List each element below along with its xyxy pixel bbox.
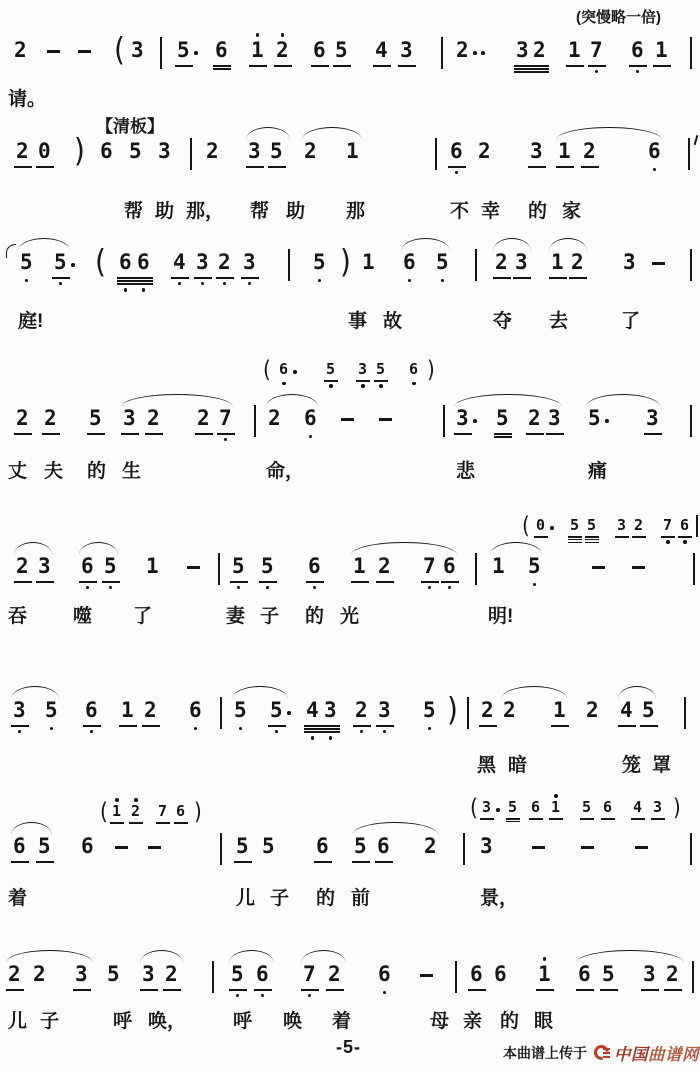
- note-digit: 2: [206, 141, 219, 162]
- note-digit: 6: [189, 700, 202, 721]
- duration-underline: [454, 433, 472, 435]
- octave-dot-below: [275, 730, 279, 734]
- note-digit: 5: [528, 556, 541, 577]
- note-digit: 5: [262, 836, 275, 857]
- note-digit: 5: [89, 408, 102, 429]
- duration-underline: [576, 989, 594, 991]
- slur-arc: [232, 686, 288, 699]
- note-digit: 2: [16, 141, 29, 162]
- augmentation-dot: [473, 419, 477, 423]
- duration-underline: [171, 277, 189, 279]
- note-digit: 4: [633, 800, 642, 815]
- note-digit: 2: [144, 700, 157, 721]
- duration-underline: [322, 728, 340, 730]
- note-digit: 3: [324, 700, 337, 721]
- note-digit: 2: [481, 700, 494, 721]
- duration-underline: [322, 731, 340, 733]
- lyric-char: 呼: [113, 1006, 132, 1033]
- slur-arc: [121, 394, 233, 407]
- sustain-dash: [187, 566, 200, 569]
- duration-underline: [304, 731, 322, 733]
- note-digit: 4: [375, 40, 388, 61]
- octave-dot-below: [329, 736, 333, 740]
- note-digit: 7: [219, 408, 232, 429]
- lyric-char: 妻: [226, 601, 245, 628]
- octave-dot-below: [412, 382, 416, 386]
- duration-underline: [351, 581, 369, 583]
- open-paren: (: [114, 34, 125, 66]
- octave-dot-below: [282, 382, 286, 386]
- duration-underline: [83, 725, 101, 727]
- note-digit: 6: [316, 836, 329, 857]
- footer: 本曲谱上传于 中国曲谱网: [503, 1041, 699, 1065]
- note-digit: 5: [104, 556, 117, 577]
- note-digit: 3: [400, 40, 413, 61]
- octave-dot-below: [455, 171, 459, 175]
- note-digit: 2: [276, 40, 289, 61]
- note-digit: 3: [530, 141, 543, 162]
- lyric-char: 的: [316, 883, 335, 910]
- note-digit: 6: [313, 40, 326, 61]
- duration-underline: [494, 433, 512, 435]
- note-digit: 5: [231, 964, 244, 985]
- duration-underline: [373, 65, 391, 67]
- sustain-dash: [78, 50, 91, 53]
- note-digit: 2: [16, 408, 29, 429]
- octave-dot-below: [428, 727, 432, 731]
- duration-underline: [216, 277, 234, 279]
- sustain-dash: [581, 846, 594, 849]
- note-digit: 7: [303, 964, 316, 985]
- lyric-char: 明!: [488, 601, 513, 628]
- sustain-dash: [341, 418, 354, 421]
- barline: [475, 553, 477, 585]
- note-digit: 5: [582, 800, 591, 815]
- slur-arc: [246, 127, 290, 140]
- lyric-char: 事: [348, 306, 367, 333]
- duration-underline: [678, 536, 692, 538]
- slur-arc: [11, 822, 52, 835]
- note-digit: 5: [313, 252, 326, 273]
- augmentation-dot: [194, 51, 198, 55]
- slur-arc: [454, 394, 562, 407]
- duration-underline: [528, 166, 546, 168]
- augmentation-dot: [473, 51, 477, 55]
- tempo-annotation: (突慢略一倍): [576, 6, 661, 27]
- duration-underline: [42, 433, 60, 435]
- site-name-rest: 曲谱网: [648, 1046, 699, 1064]
- barline: [160, 37, 162, 69]
- lyric-char: 子: [40, 1006, 59, 1033]
- sustain-dash: [652, 262, 665, 265]
- barline: [190, 138, 192, 170]
- duration-underline: [640, 725, 658, 727]
- site-name: 中国曲谱网: [614, 1041, 699, 1065]
- note-digit: 2: [424, 836, 437, 857]
- duration-underline: [306, 581, 324, 583]
- octave-dot-below: [309, 435, 313, 439]
- slur-arc: [490, 542, 542, 555]
- lyric-char: 故: [383, 306, 402, 333]
- barline: [690, 405, 692, 437]
- duration-underline: [529, 818, 543, 820]
- duration-underline: [566, 65, 584, 67]
- lyric-char: 生: [122, 456, 141, 483]
- note-digit: 2: [16, 556, 29, 577]
- duration-underline: [11, 725, 29, 727]
- note-digit: 2: [495, 252, 508, 273]
- note-digit: 3: [123, 408, 136, 429]
- duration-underline: [142, 725, 160, 727]
- duration-underline: [333, 65, 351, 67]
- note-digit: 6: [470, 964, 483, 985]
- duration-underline: [268, 725, 286, 727]
- augmentation-dot: [550, 526, 554, 530]
- note-digit: 6: [378, 964, 391, 985]
- lyric-char: 的: [528, 196, 547, 223]
- octave-dot-below: [408, 279, 412, 283]
- lyric-char: 吞: [8, 601, 27, 628]
- duration-underline: [585, 536, 599, 538]
- lyric-char: 命，: [266, 456, 304, 483]
- duration-underline: [135, 277, 153, 279]
- octave-dot-below: [248, 282, 252, 286]
- octave-dot-below: [59, 282, 63, 286]
- lyric-char: 着: [8, 883, 27, 910]
- duration-underline: [479, 725, 497, 727]
- note-digit: 5: [107, 964, 120, 985]
- duration-underline: [581, 166, 599, 168]
- lyric-char: 帮: [124, 196, 143, 223]
- duration-underline: [493, 277, 511, 279]
- lyric-char: 的: [305, 601, 324, 628]
- lyric-char: 那: [346, 196, 365, 223]
- note-digit: 5: [354, 836, 367, 857]
- barline: [475, 249, 477, 281]
- duration-underline: [259, 581, 277, 583]
- duration-underline: [556, 166, 574, 168]
- octave-dot-below: [142, 288, 146, 292]
- duration-underline: [549, 277, 567, 279]
- note-digit: 3: [617, 518, 626, 533]
- note-digit: 1: [346, 141, 359, 162]
- duration-underline: [531, 68, 549, 70]
- slur-arc: [549, 238, 587, 251]
- sustain-dash: [592, 566, 605, 569]
- note-digit: 6: [13, 836, 26, 857]
- note-digit: 1: [112, 804, 121, 819]
- note-digit: 3: [623, 252, 636, 273]
- slur-arc: [556, 127, 662, 140]
- duration-underline: [632, 536, 646, 538]
- note-digit: 2: [33, 964, 46, 985]
- note-digit: 2: [378, 556, 391, 577]
- duration-underline: [36, 166, 54, 168]
- octave-dot-below: [223, 282, 227, 286]
- lyric-char: 夺: [493, 306, 512, 333]
- note-digit: 6: [403, 252, 416, 273]
- barline: [455, 961, 457, 993]
- duration-underline: [585, 542, 599, 544]
- barline: [220, 697, 222, 729]
- note-digit: 2: [197, 408, 210, 429]
- note-digit: 3: [378, 700, 391, 721]
- footer-upload-text: 本曲谱上传于: [503, 1043, 587, 1063]
- duration-underline: [549, 818, 563, 820]
- lyric-char: 前: [351, 883, 370, 910]
- duration-underline: [301, 989, 319, 991]
- note-digit: 5: [45, 700, 58, 721]
- lyric-char: 那，: [186, 196, 224, 223]
- note-digit: 1: [551, 800, 560, 815]
- note-digit: 3: [248, 141, 261, 162]
- duration-underline: [601, 818, 615, 820]
- lyric-char: 唤: [283, 1006, 302, 1033]
- duration-underline: [448, 166, 466, 168]
- lyric-char: 的: [87, 456, 106, 483]
- barline: [288, 249, 290, 281]
- duration-underline: [324, 380, 338, 382]
- note-digit: 5: [177, 40, 190, 61]
- octave-dot-below: [261, 994, 265, 998]
- lyric-char: 痛: [588, 456, 607, 483]
- note-digit: 5: [236, 836, 249, 857]
- note-digit: 2: [147, 408, 160, 429]
- note-digit: 3: [131, 40, 144, 61]
- augmentation-dot: [496, 808, 500, 812]
- barline: [688, 138, 690, 170]
- duration-underline: [135, 280, 153, 282]
- lyric-char: 请。: [8, 84, 46, 111]
- note-digit: 2: [666, 964, 679, 985]
- duration-underline: [121, 433, 139, 435]
- duration-underline: [421, 581, 439, 583]
- duration-underline: [514, 71, 532, 73]
- note-digit: 6: [531, 800, 540, 815]
- duration-underline: [274, 65, 292, 67]
- note-digit: 2: [503, 700, 516, 721]
- barline: [693, 553, 695, 585]
- barline: [690, 249, 692, 281]
- duration-underline: [229, 989, 247, 991]
- octave-dot-below: [18, 730, 22, 734]
- duration-underline: [546, 433, 564, 435]
- note-digit: 1: [362, 252, 375, 273]
- lyric-char: 儿: [8, 1006, 27, 1033]
- duration-underline: [175, 65, 193, 67]
- lyric-char: 了: [621, 306, 640, 333]
- slur-arc: [351, 542, 457, 555]
- duration-underline: [110, 822, 124, 824]
- octave-dot-above: [554, 794, 558, 798]
- lyric-char: 光: [340, 601, 359, 628]
- duration-underline: [568, 539, 582, 541]
- octave-dot-below: [194, 727, 198, 731]
- note-digit: 6: [308, 556, 321, 577]
- barline: [220, 833, 222, 865]
- note-digit: 6: [494, 964, 507, 985]
- note-digit: 5: [54, 252, 67, 273]
- note-digit: 2: [456, 40, 469, 61]
- note-digit: 2: [131, 804, 140, 819]
- octave-dot-below: [266, 586, 270, 590]
- note-digit: 2: [355, 700, 368, 721]
- note-digit: 5: [232, 556, 245, 577]
- duration-underline: [568, 536, 582, 538]
- duration-underline: [531, 65, 549, 67]
- open-paren: (: [95, 246, 106, 278]
- duration-underline: [526, 433, 544, 435]
- note-digit: 6: [304, 408, 317, 429]
- sustain-dash: [532, 846, 545, 849]
- lyric-char: 幸: [481, 196, 500, 223]
- duration-underline: [356, 380, 370, 382]
- duration-underline: [322, 725, 340, 727]
- duration-underline: [36, 861, 54, 863]
- note-digit: 5: [588, 408, 601, 429]
- note-digit: 6: [377, 836, 390, 857]
- duration-underline: [480, 818, 494, 820]
- augmentation-dot: [71, 263, 75, 267]
- augmentation-dot: [287, 711, 291, 715]
- note-digit: 0: [536, 518, 545, 533]
- note-digit: 3: [196, 252, 209, 273]
- duration-underline: [664, 989, 682, 991]
- note-digit: 3: [13, 700, 26, 721]
- octave-dot-above: [134, 798, 138, 802]
- note-digit: 3: [643, 964, 656, 985]
- note-digit: 5: [570, 518, 579, 533]
- barline: [463, 833, 465, 865]
- duration-underline: [468, 989, 486, 991]
- duration-underline: [117, 283, 135, 285]
- duration-underline: [117, 277, 135, 279]
- lyric-char: 暗: [508, 750, 527, 777]
- octave-dot-below: [329, 384, 333, 388]
- note-digit: 1: [251, 40, 264, 61]
- note-digit: 5: [642, 700, 655, 721]
- octave-dot-below: [86, 586, 90, 590]
- duration-underline: [615, 536, 629, 538]
- duration-underline: [644, 433, 662, 435]
- lyric-char: 家: [562, 196, 581, 223]
- duration-underline: [14, 433, 32, 435]
- duration-underline: [506, 821, 520, 823]
- note-digit: 5: [326, 362, 335, 377]
- note-digit: 6: [119, 252, 132, 273]
- duration-underline: [569, 277, 587, 279]
- duration-underline: [629, 65, 647, 67]
- duration-underline: [14, 166, 32, 168]
- note-digit: 3: [158, 141, 171, 162]
- octave-dot-below: [379, 384, 383, 388]
- barline: [218, 553, 220, 585]
- octave-dot-below: [318, 279, 322, 283]
- note-digit: 1: [353, 556, 366, 577]
- slur-arc: [352, 822, 438, 835]
- slur-arc: [301, 950, 346, 963]
- duration-underline: [129, 822, 143, 824]
- note-digit: 5: [38, 836, 51, 857]
- close-paren: ): [673, 796, 681, 819]
- slur-arc: [266, 394, 318, 407]
- duration-underline: [514, 68, 532, 70]
- slur-arc: [14, 542, 52, 555]
- sustain-dash: [420, 974, 433, 977]
- octave-dot-below: [595, 70, 599, 74]
- note-digit: 3: [653, 800, 662, 815]
- note-digit: 2: [44, 408, 57, 429]
- octave-dot-below: [237, 586, 241, 590]
- duration-underline: [140, 989, 158, 991]
- duration-underline: [618, 725, 636, 727]
- lyric-char: 着: [332, 1006, 351, 1033]
- duration-underline: [249, 65, 267, 67]
- note-digit: 0: [38, 141, 51, 162]
- slur-arc: [618, 686, 656, 699]
- octave-dot-below: [448, 586, 452, 590]
- lyric-char: 景，: [480, 883, 518, 910]
- slur-arc: [501, 686, 567, 699]
- duration-underline: [651, 818, 665, 820]
- barline: [684, 697, 686, 729]
- note-digit: 1: [146, 556, 159, 577]
- duration-underline: [102, 581, 120, 583]
- note-digit: 2: [218, 252, 231, 273]
- note-digit: 6: [137, 252, 150, 273]
- octave-dot-below: [236, 994, 240, 998]
- duration-underline: [87, 433, 105, 435]
- slur-arc: [576, 950, 684, 963]
- barline: [467, 697, 469, 729]
- close-paren: ): [427, 358, 435, 381]
- lyric-char: 罩: [652, 750, 671, 777]
- slur-arc: [229, 950, 274, 963]
- note-digit: 5: [270, 141, 283, 162]
- lyric-char: 眼: [534, 1006, 553, 1033]
- note-digit: 2: [328, 964, 341, 985]
- note-digit: 2: [304, 141, 317, 162]
- duration-underline: [304, 728, 322, 730]
- note-digit: 5: [602, 964, 615, 985]
- slur-arc: [79, 542, 118, 555]
- note-digit: 5: [20, 252, 33, 273]
- duration-underline: [6, 989, 24, 991]
- duration-underline: [514, 65, 532, 67]
- note-digit: 2: [8, 964, 21, 985]
- lyric-char: 笼: [622, 750, 641, 777]
- note-digit: 6: [279, 362, 288, 377]
- sustain-dash: [47, 50, 60, 53]
- duration-underline: [254, 989, 272, 991]
- note-digit: 2: [586, 700, 599, 721]
- barline: [690, 37, 692, 69]
- note-digit: 5: [270, 700, 283, 721]
- note-digit: 3: [646, 408, 659, 429]
- lyric-char: 黑: [477, 750, 496, 777]
- duration-underline: [580, 818, 594, 820]
- octave-dot-above: [281, 33, 285, 37]
- octave-dot-below: [653, 168, 657, 172]
- duration-underline: [213, 68, 231, 70]
- slur-arc: [586, 394, 660, 407]
- duration-underline: [119, 725, 137, 727]
- lyric-char: 夫: [44, 456, 63, 483]
- lyric-char: 亲: [463, 1006, 482, 1033]
- duration-underline: [376, 725, 394, 727]
- duration-underline: [375, 861, 393, 863]
- note-digit: 1: [568, 40, 581, 61]
